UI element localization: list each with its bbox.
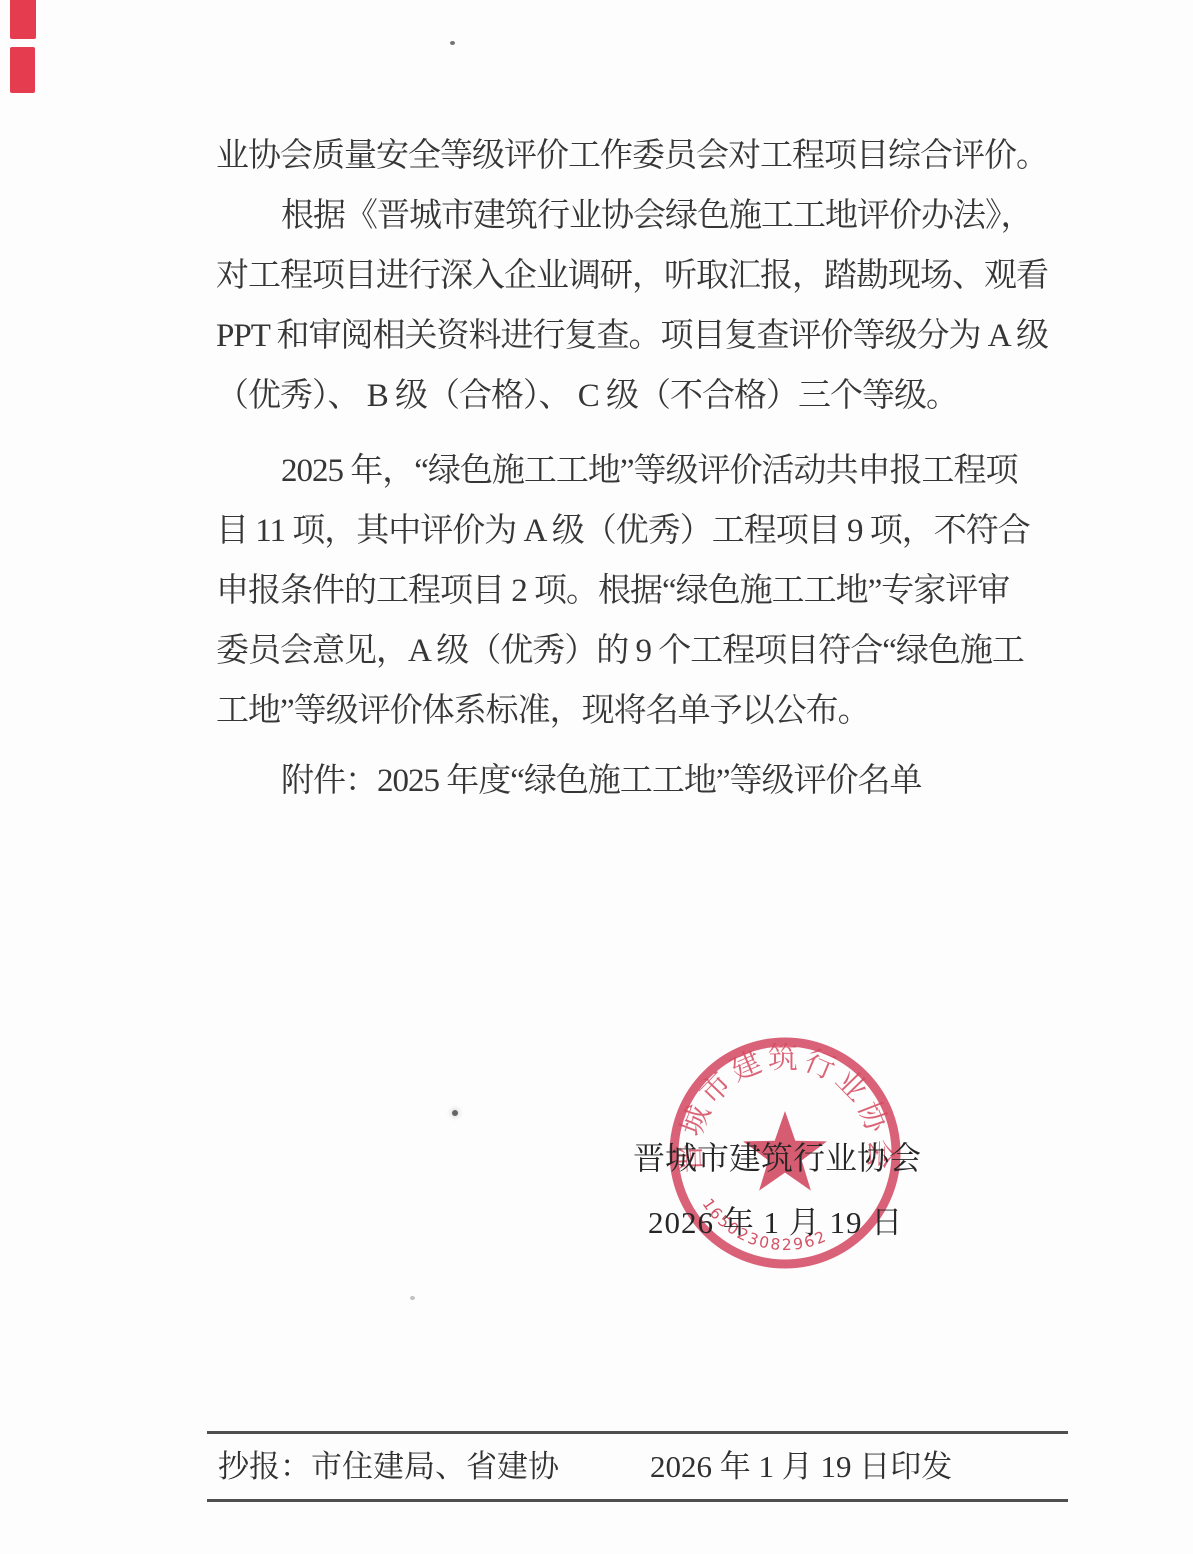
footer: 抄报：市住建局、省建协 2026 年 1 月 19 日印发 <box>216 1448 1068 1486</box>
attachment-line: 附件：2025 年度“绿色施工工地”等级评价名单 <box>216 751 1068 811</box>
body-line: 申报条件的工程项目 2 项。根据“绿色施工工地”专家评审 <box>216 561 1068 621</box>
scan-speck <box>410 1296 415 1300</box>
footer-rule-top <box>207 1431 1068 1434</box>
scan-speck <box>452 1110 458 1116</box>
body-line: 业协会质量安全等级评价工作委员会对工程项目综合评价。 <box>216 126 1068 186</box>
body-line: PPT 和审阅相关资料进行复查。项目复查评价等级分为 A 级 <box>216 306 1068 366</box>
body-line: 工地”等级评价体系标准，现将名单予以公布。 <box>216 681 1068 741</box>
document-page: 业协会质量安全等级评价工作委员会对工程项目综合评价。 根据《晋城市建筑行业协会绿… <box>0 0 1193 1554</box>
red-strip-segment <box>10 0 36 39</box>
body-line: 委员会意见，A 级（优秀）的 9 个工程项目符合“绿色施工 <box>216 621 1068 681</box>
signature-date: 2026 年 1 月 19 日 <box>648 1197 903 1242</box>
body-line: 目 11 项，其中评价为 A 级（优秀）工程项目 9 项，不符合 <box>216 501 1068 561</box>
body-line: 根据《晋城市建筑行业协会绿色施工工地评价办法》， <box>216 186 1068 246</box>
body-line: 对工程项目进行深入企业调研，听取汇报，踏勘现场、观看 <box>216 246 1068 306</box>
footer-rule-bottom <box>207 1499 1068 1502</box>
scan-artifact-red-strip <box>10 0 36 94</box>
body-line: 2025 年，“绿色施工工地”等级评价活动共申报工程项 <box>216 441 1068 501</box>
document-body: 业协会质量安全等级评价工作委员会对工程项目综合评价。 根据《晋城市建筑行业协会绿… <box>216 126 1068 811</box>
signature-org: 晋城市建筑行业协会 <box>633 1133 921 1179</box>
footer-copy-to: 抄报：市住建局、省建协 <box>218 1448 559 1486</box>
body-line: （优秀）、 B 级（合格）、 C 级（不合格）三个等级。 <box>216 366 1068 426</box>
scan-speck <box>450 41 455 45</box>
red-strip-segment <box>10 47 35 93</box>
footer-print-date: 2026 年 1 月 19 日印发 <box>650 1448 952 1486</box>
